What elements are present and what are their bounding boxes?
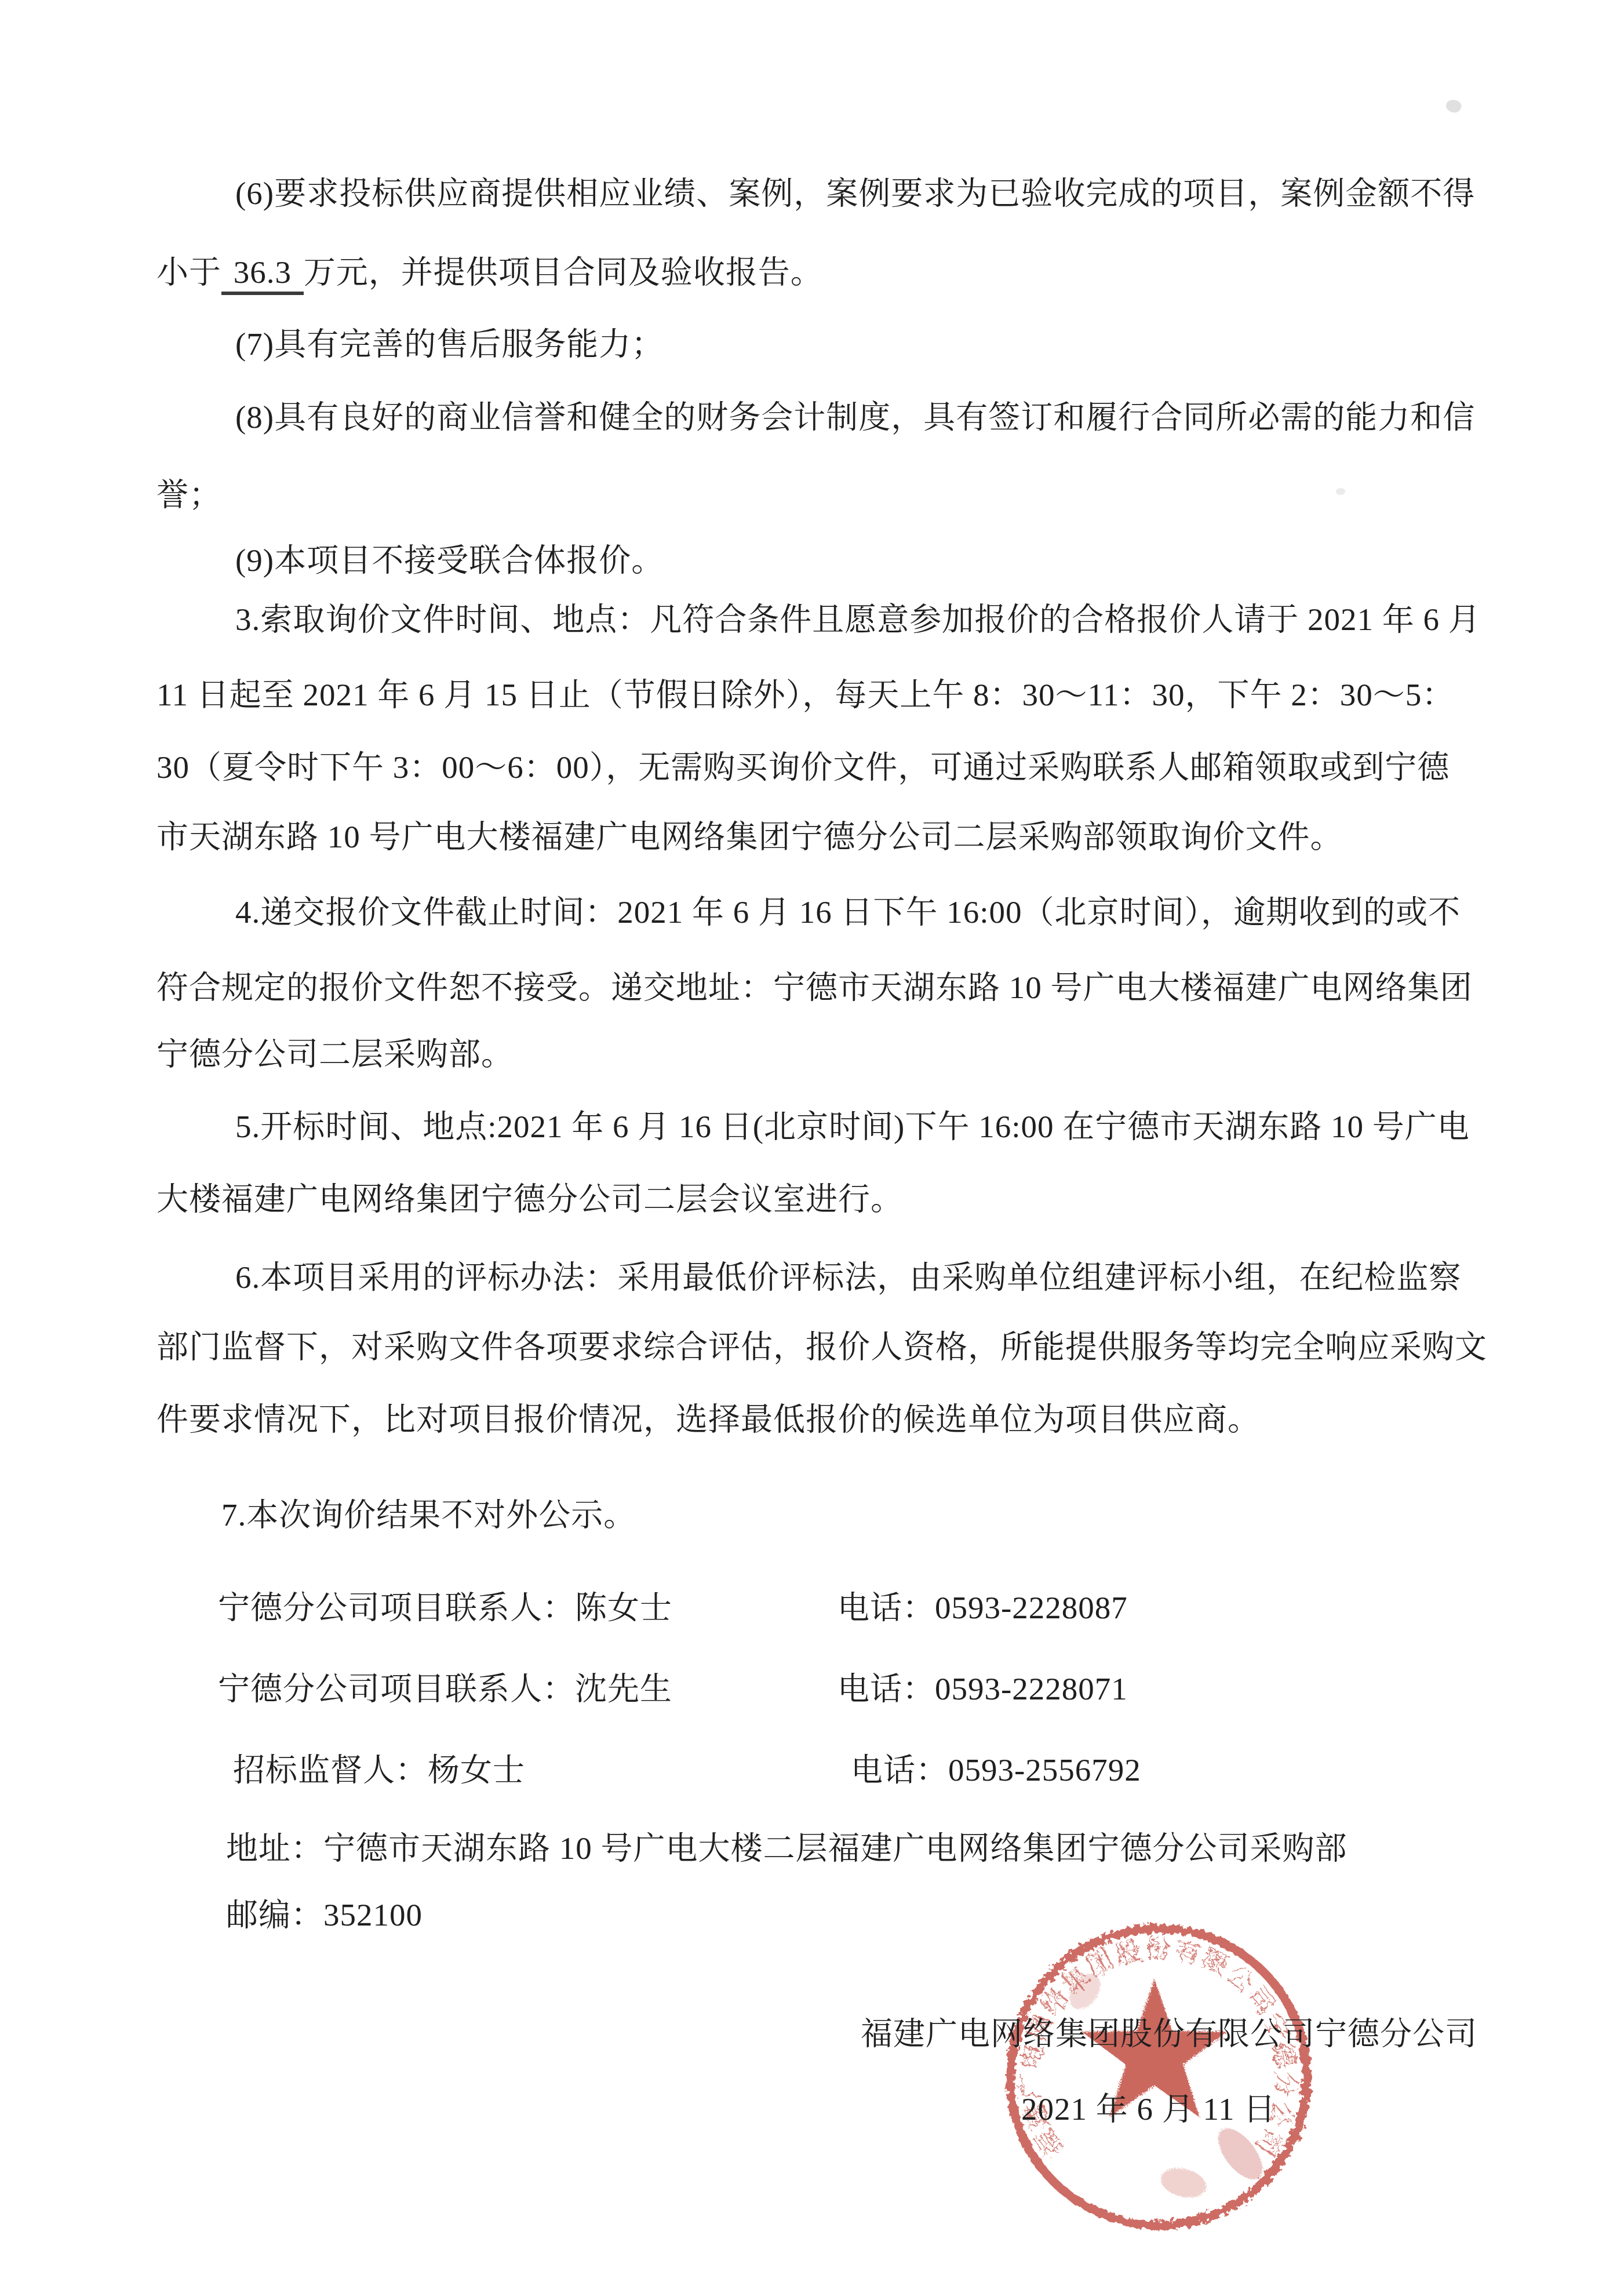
section-3-line-3: 30（夏令时下午 3：00～6：00），无需购买询价文件，可通过采购联系人邮箱领… bbox=[156, 749, 1450, 785]
postcode-line: 邮编：352100 bbox=[226, 1897, 423, 1933]
contact-1-label: 宁德分公司项目联系人：陈女士 bbox=[218, 1589, 672, 1626]
clause-9-line: (9)本项目不接受联合体报价。 bbox=[235, 542, 664, 578]
section-5-line-1: 5.开标时间、地点:2021 年 6 月 16 日(北京时间)下午 16:00 … bbox=[235, 1108, 1470, 1145]
clause-6-line-1: (6)要求投标供应商提供相应业绩、案例，案例要求为已验收完成的项目，案例金额不得 bbox=[235, 175, 1475, 212]
section-4-line-1: 4.递交报价文件截止时间：2021 年 6 月 16 日下午 16:00（北京时… bbox=[235, 894, 1461, 930]
section-6-line-1: 6.本项目采用的评标办法：采用最低价评标法，由采购单位组建评标小组，在纪检监察 bbox=[235, 1259, 1461, 1295]
scan-smudge bbox=[1444, 97, 1463, 115]
section-3-line-4: 市天湖东路 10 号广电大楼福建广电网络集团宁德分公司二层采购部领取询价文件。 bbox=[156, 818, 1343, 855]
signature-company: 福建广电网络集团股份有限公司宁德分公司 bbox=[861, 2015, 1477, 2052]
section-7-line: 7.本次询价结果不对外公示。 bbox=[221, 1497, 636, 1533]
clause-8-line-1: (8)具有良好的商业信誉和健全的财务会计制度，具有签订和履行合同所必需的能力和信 bbox=[235, 399, 1475, 435]
section-3-line-2: 11 日起至 2021 年 6 月 15 日止（节假日除外），每天上午 8：30… bbox=[156, 676, 1454, 713]
section-5-line-2: 大楼福建广电网络集团宁德分公司二层会议室进行。 bbox=[156, 1181, 903, 1217]
section-4-line-2: 符合规定的报价文件恕不接受。递交地址：宁德市天湖东路 10 号广电大楼福建广电网… bbox=[156, 969, 1473, 1006]
contact-2-label: 宁德分公司项目联系人：沈先生 bbox=[218, 1670, 672, 1707]
contact-2-phone: 电话：0593-2228071 bbox=[838, 1670, 1128, 1707]
scan-smudge bbox=[1336, 488, 1345, 495]
clause-8-line-2: 誉； bbox=[156, 476, 221, 513]
signature-date: 2021 年 6 月 11 日 bbox=[1021, 2091, 1276, 2127]
clause-6-line-2: 小于 36.3 万元，并提供项目合同及验收报告。 bbox=[156, 254, 823, 290]
contact-3-phone: 电话：0593-2556792 bbox=[851, 1752, 1141, 1788]
section-6-line-3: 件要求情况下，比对项目报价情况，选择最低报价的候选单位为项目供应商。 bbox=[156, 1401, 1260, 1437]
scanned-document-page: (6)要求投标供应商提供相应业绩、案例，案例要求为已验收完成的项目，案例金额不得… bbox=[0, 0, 1624, 2282]
clause-6-line2-suffix: 万元，并提供项目合同及验收报告。 bbox=[304, 254, 823, 290]
contact-1-phone: 电话：0593-2228087 bbox=[838, 1589, 1128, 1626]
seal-ink-blotch bbox=[1157, 2164, 1209, 2202]
clause-6-line2-prefix: 小于 bbox=[156, 254, 221, 290]
section-4-line-3: 宁德分公司二层采购部。 bbox=[156, 1036, 514, 1072]
case-amount-underlined: 36.3 bbox=[221, 254, 304, 295]
section-6-line-2: 部门监督下，对采购文件各项要求综合评估，报价人资格，所能提供服务等均完全响应采购… bbox=[156, 1329, 1487, 1365]
contact-3-label: 招标监督人：杨女士 bbox=[233, 1752, 525, 1788]
address-line: 地址：宁德市天湖东路 10 号广电大楼二层福建广电网络集团宁德分公司采购部 bbox=[226, 1830, 1348, 1866]
section-3-line-1: 3.索取询价文件时间、地点：凡符合条件且愿意参加报价的合格报价人请于 2021 … bbox=[235, 601, 1481, 638]
company-seal-stamp: 福建广电网络集团股份有限公司宁德分公司 bbox=[992, 1910, 1326, 2244]
clause-7-line: (7)具有完善的售后服务能力； bbox=[235, 326, 664, 362]
